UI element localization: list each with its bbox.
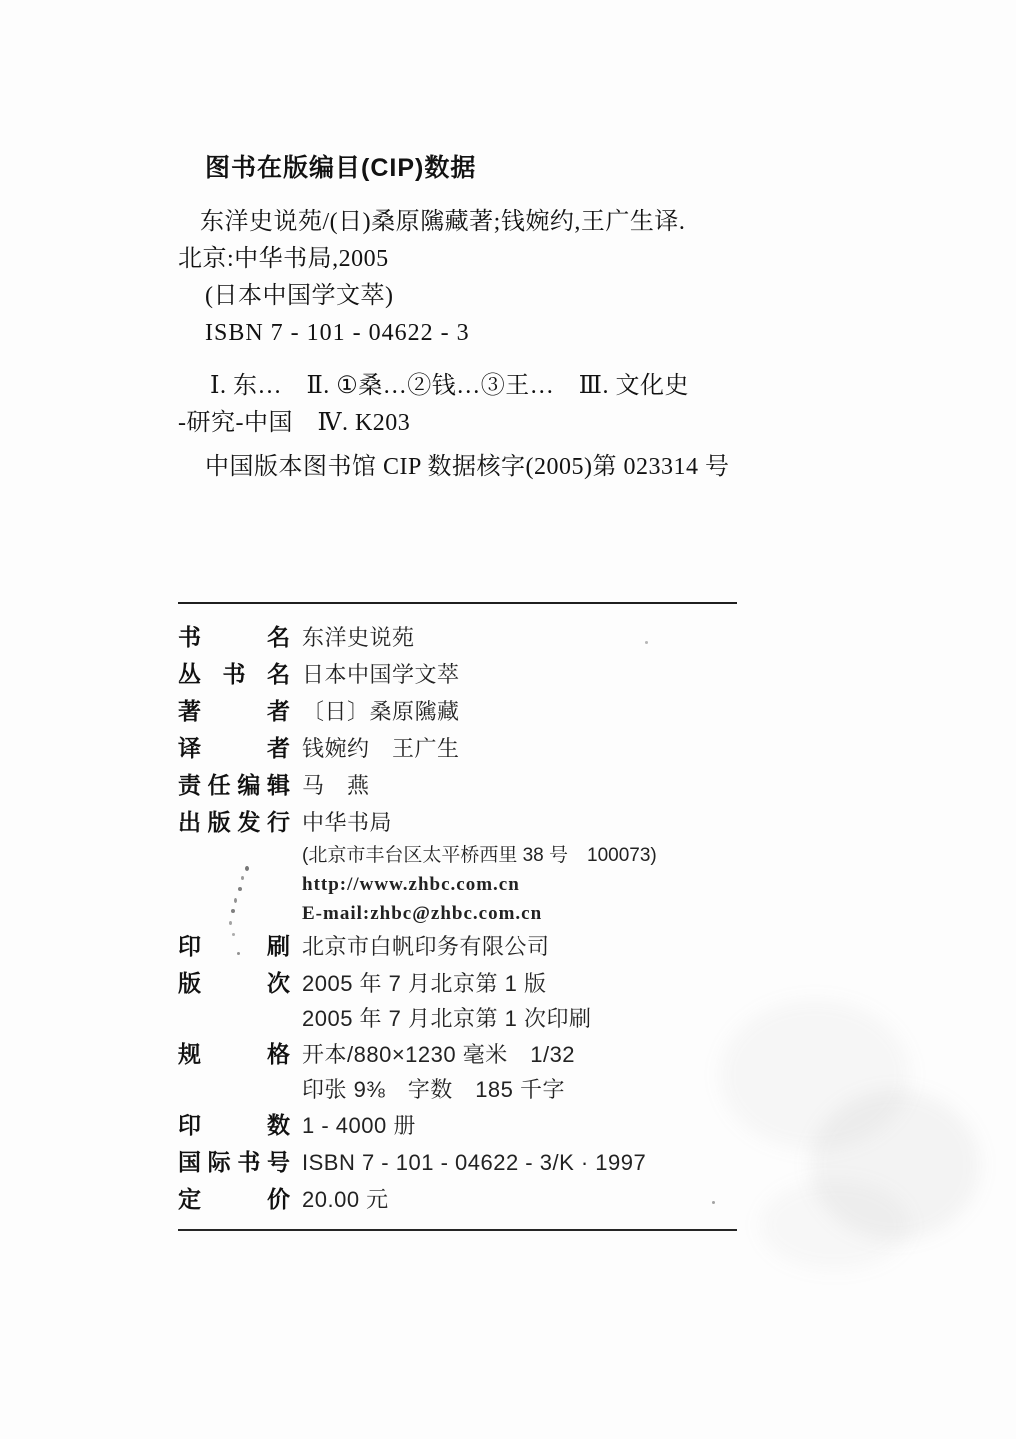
colophon-row-editor: 责任编辑 马 燕 xyxy=(178,767,737,804)
cip-series-note: (日本中国学文萃) xyxy=(205,278,756,315)
publisher-name: 中华书局 xyxy=(302,804,737,841)
scan-speck xyxy=(232,933,235,936)
colophon-label: 出版发行 xyxy=(178,804,290,841)
cip-isbn: ISBN 7 - 101 - 04622 - 3 xyxy=(205,315,756,352)
scan-speck xyxy=(234,898,237,903)
colophon-label: 定价 xyxy=(178,1181,290,1218)
format-line1: 开本/880×1230 毫米 1/32 xyxy=(302,1036,737,1073)
colophon-row-isbn: 国际书号 ISBN 7 - 101 - 04622 - 3/K · 1997 xyxy=(178,1144,737,1181)
colophon-label: 国际书号 xyxy=(178,1144,290,1181)
colophon-value: ISBN 7 - 101 - 04622 - 3/K · 1997 xyxy=(302,1144,737,1181)
scan-speck xyxy=(645,641,648,644)
colophon-block: 书名 东洋史说苑 丛书名 日本中国学文萃 著者 〔日〕桑原隲藏 译者 钱婉约 王… xyxy=(178,602,737,1231)
scanned-copyright-page: 图书在版编目(CIP)数据 东洋史说苑/(日)桑原隲藏著;钱婉约,王广生译. 北… xyxy=(0,0,1016,1439)
colophon-row-edition: 版次 2005 年 7 月北京第 1 版 2005 年 7 月北京第 1 次印刷 xyxy=(178,965,737,1036)
colophon-label: 印数 xyxy=(178,1107,290,1144)
colophon-label: 译者 xyxy=(178,730,290,767)
colophon-value: 钱婉约 王广生 xyxy=(302,730,737,767)
colophon-row-printer: 印刷 北京市白帆印务有限公司 xyxy=(178,928,737,965)
colophon-row-print-run: 印数 1 - 4000 册 xyxy=(178,1107,737,1144)
colophon-value: 20.00 元 xyxy=(302,1181,737,1218)
cip-description-line2: 北京:中华书局,2005 xyxy=(178,241,756,278)
colophon-row-format: 规格 开本/880×1230 毫米 1/32 印张 9⅜ 字数 185 千字 xyxy=(178,1036,737,1107)
colophon-label: 丛书名 xyxy=(178,656,290,693)
colophon-value: 北京市白帆印务有限公司 xyxy=(302,928,737,965)
scan-speck xyxy=(238,887,242,891)
colophon-value: 〔日〕桑原隲藏 xyxy=(302,693,737,730)
edition-line1: 2005 年 7 月北京第 1 版 xyxy=(302,965,737,1002)
colophon-label: 责任编辑 xyxy=(178,767,290,804)
publisher-website: http://www.zhbc.com.cn xyxy=(302,870,737,899)
cip-heading: 图书在版编目(CIP)数据 xyxy=(205,150,756,187)
cip-description-line1: 东洋史说苑/(日)桑原隲藏著;钱婉约,王广生译. xyxy=(178,204,756,241)
scan-speck xyxy=(245,866,249,871)
scan-speck xyxy=(241,876,244,880)
colophon-row-translators: 译者 钱婉约 王广生 xyxy=(178,730,737,767)
format-line2: 印张 9⅜ 字数 185 千字 xyxy=(302,1073,737,1107)
colophon-label: 版次 xyxy=(178,965,290,1002)
edition-line2: 2005 年 7 月北京第 1 次印刷 xyxy=(302,1002,737,1036)
colophon-value: 东洋史说苑 xyxy=(302,619,737,656)
cip-classification-line2: -研究-中国 Ⅳ. K203 xyxy=(178,405,756,442)
publisher-email: E-mail:zhbc@zhbc.com.cn xyxy=(302,899,737,928)
scan-speck xyxy=(712,1201,715,1204)
colophon-row-book-title: 书名 东洋史说苑 xyxy=(178,619,737,656)
colophon-row-publisher: 出版发行 中华书局 (北京市丰台区太平桥西里 38 号 100073) http… xyxy=(178,804,737,928)
colophon-row-author: 著者 〔日〕桑原隲藏 xyxy=(178,693,737,730)
publisher-address: (北京市丰台区太平桥西里 38 号 100073) xyxy=(302,841,737,870)
scan-speck xyxy=(237,952,240,955)
scan-speck xyxy=(229,921,232,925)
colophon-row-price: 定价 20.00 元 xyxy=(178,1181,737,1218)
cip-classification-line1: Ⅰ. 东… Ⅱ. ①桑…②钱…③王… Ⅲ. 文化史 xyxy=(210,368,756,405)
scan-smudge xyxy=(760,1180,910,1270)
colophon-value: 1 - 4000 册 xyxy=(302,1107,737,1144)
colophon-label: 规格 xyxy=(178,1036,290,1073)
cip-block: 图书在版编目(CIP)数据 东洋史说苑/(日)桑原隲藏著;钱婉约,王广生译. 北… xyxy=(178,150,756,486)
cip-classification: Ⅰ. 东… Ⅱ. ①桑…②钱…③王… Ⅲ. 文化史 -研究-中国 Ⅳ. K203 xyxy=(178,368,756,442)
colophon-label: 书名 xyxy=(178,619,290,656)
scan-speck xyxy=(231,909,235,913)
cip-description: 东洋史说苑/(日)桑原隲藏著;钱婉约,王广生译. 北京:中华书局,2005 xyxy=(178,204,756,278)
cip-record-number: 中国版本图书馆 CIP 数据核字(2005)第 023314 号 xyxy=(205,449,756,486)
colophon-value: 日本中国学文萃 xyxy=(302,656,737,693)
colophon-value: 马 燕 xyxy=(302,767,737,804)
colophon-row-series-title: 丛书名 日本中国学文萃 xyxy=(178,656,737,693)
colophon-label: 著者 xyxy=(178,693,290,730)
